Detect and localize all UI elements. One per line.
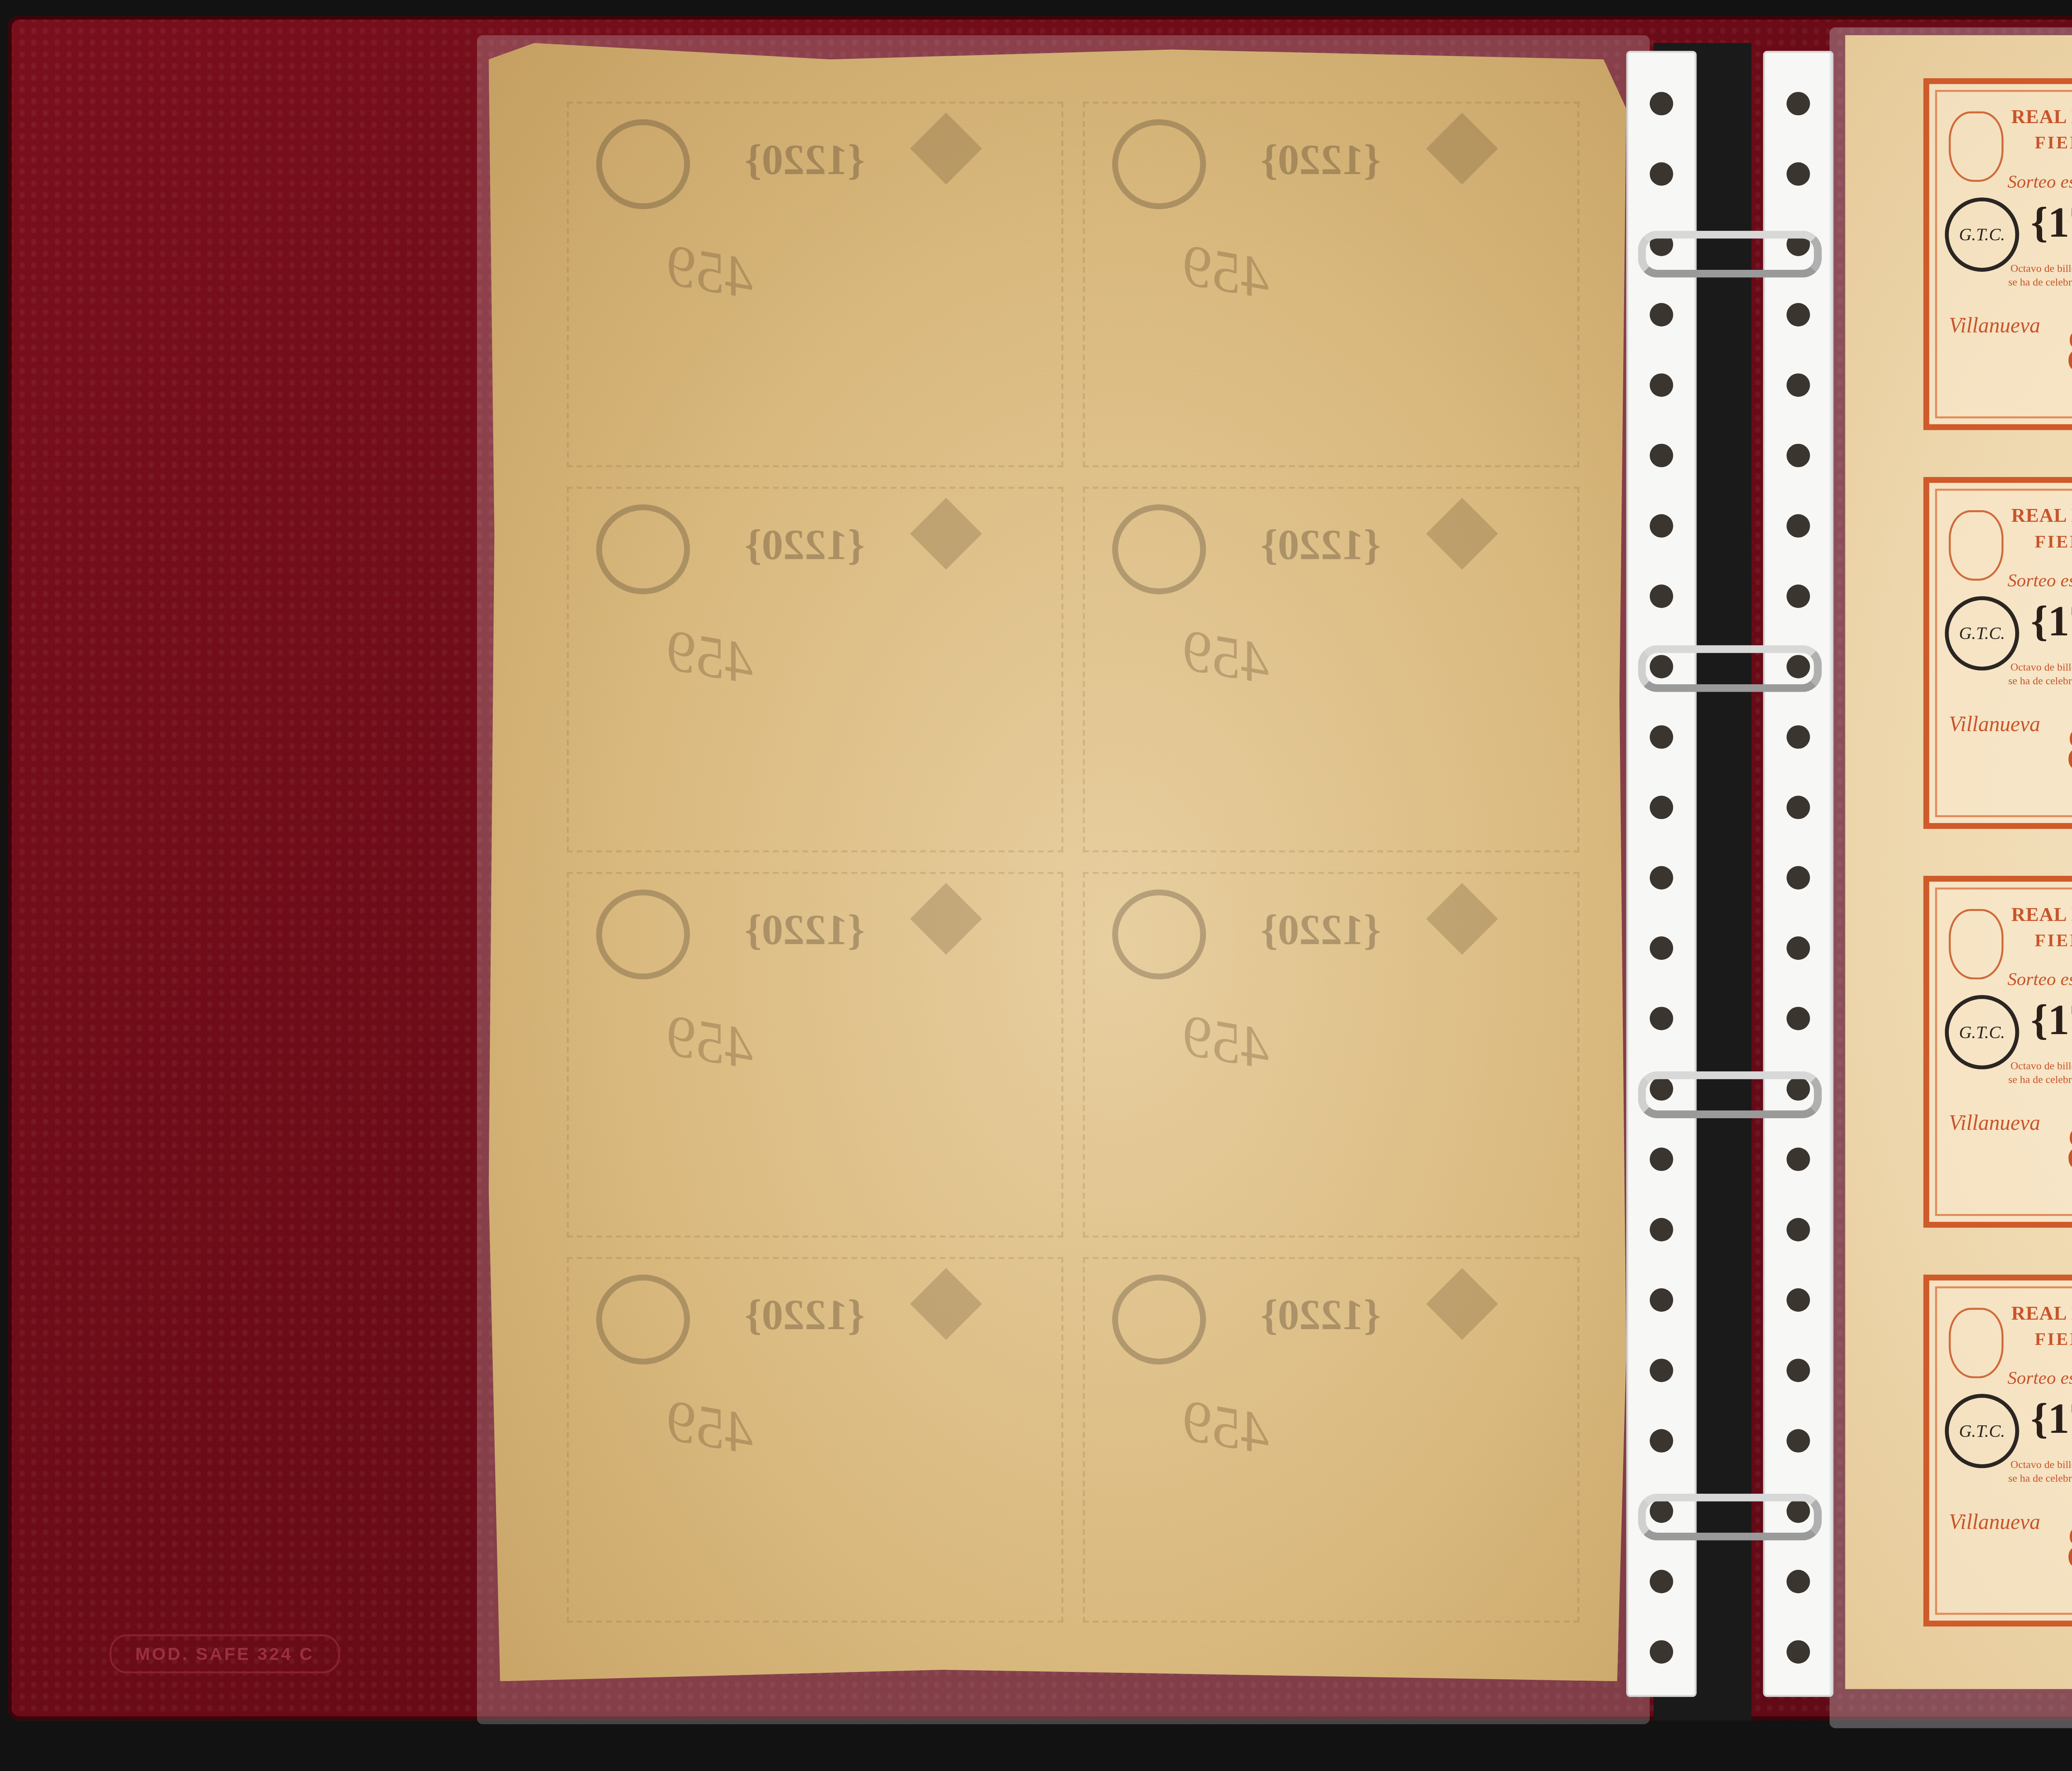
ghost-seal-icon [1112,119,1206,209]
punch-hole [1650,1640,1673,1664]
punch-hole [1786,796,1810,819]
punch-hole [1786,514,1810,538]
ticket-body-text: Octavo de billete para dicho sorteo estr… [2007,1061,2072,1102]
ghost-number: {1220} [1261,135,1380,186]
ghost-diamond-stamp-icon [910,113,982,184]
ghost-diamond-stamp-icon [1426,883,1498,955]
punch-hole [1786,725,1810,749]
ghost-ticket-grid: {1220} 459 {1220} 459 {1220} 459 {1220} … [567,102,1579,1623]
ghost-diamond-stamp-icon [910,883,982,955]
punch-hole [1650,584,1673,608]
ghost-seal-icon [596,1274,690,1364]
binder-ring-2[interactable] [1638,645,1822,692]
ghost-diamond-stamp-icon [910,1268,982,1340]
punch-hole [1650,444,1673,468]
ticket-subtitle: FIEL ISLA DE CUBA [2035,133,2072,153]
ghost-ticket: {1220} 459 [1083,1257,1579,1623]
royal-crest-icon [1949,111,2004,182]
ticket-subtitle: FIEL ISLA DE CUBA [2035,1329,2072,1349]
punch-hole [1650,303,1673,327]
signature: Villanueva [1949,714,2041,737]
ghost-seal-icon [1112,1274,1206,1364]
ticket-draw: Sorteo estraordinario núm. 44. [2007,174,2072,194]
punch-hole [1786,1640,1810,1664]
ticket-title: REAL LOTERIA DE LA SIEMPRE [2011,905,2072,927]
lottery-ticket: REAL LOTERIA DE LA SIEMPRE FIEL ISLA DE … [1923,876,2072,1228]
ghost-diamond-stamp-icon [1426,113,1498,184]
ticket-number: {17928} [2031,1394,2072,1445]
punch-hole [1786,303,1810,327]
ticket-number: {17928} [2031,995,2072,1046]
ghost-ticket: {1220} 459 [1083,872,1579,1238]
ghost-seal-icon [596,504,690,594]
ticket-draw: Sorteo estraordinario núm. 44. [2007,573,2072,592]
punch-hole [1650,1218,1673,1242]
royal-crest-icon [1949,909,2004,979]
seal-stamp-icon: G.T.C. [1945,995,2019,1069]
ticket-number: {17928} [2031,596,2072,647]
ticket-title: REAL LOTERIA DE LA SIEMPRE [2011,1304,2072,1325]
ticket-body-text: Octavo de billete para dicho sorteo estr… [2007,264,2072,305]
ghost-signature: 459 [1177,1389,1276,1470]
punch-hole [1786,584,1810,608]
ghost-signature: 459 [661,1003,760,1084]
lottery-ticket: REAL LOTERIA DE LA SIEMPRE FIEL ISLA DE … [1923,477,2072,829]
punch-hole [1650,1429,1673,1453]
seal-stamp-icon: G.T.C. [1945,197,2019,271]
ghost-diamond-stamp-icon [910,498,982,569]
ghost-number: {1220} [745,1290,864,1341]
ticket-number: {17928} [2031,197,2072,248]
ghost-signature: 459 [1177,618,1276,699]
ticket-subtitle: FIEL ISLA DE CUBA [2035,930,2072,950]
ghost-ticket: {1220} 459 [567,102,1063,467]
ghost-ticket: {1220} 459 [567,1257,1063,1623]
fraction-numeral: 8 [2066,1112,2072,1185]
ghost-ticket: {1220} 459 [1083,102,1579,467]
binder-ring-1[interactable] [1638,231,1822,278]
ghost-diamond-stamp-icon [1426,1268,1498,1340]
ghost-number: {1220} [1261,520,1380,571]
punch-hole [1650,1148,1673,1171]
ghost-number: {1220} [1261,1290,1380,1341]
ghost-signature: 459 [661,1389,760,1470]
ghost-seal-icon [1112,504,1206,594]
punch-hole [1786,1359,1810,1382]
punch-hole [1786,444,1810,468]
ticket-title: REAL LOTERIA DE LA SIEMPRE [2011,107,2072,129]
fraction-numeral: 8 [2066,714,2072,786]
punch-hole [1786,1288,1810,1312]
ticket-body-text: Octavo de billete para dicho sorteo estr… [2007,1460,2072,1501]
punch-hole [1786,373,1810,397]
seal-stamp-icon: G.T.C. [1945,596,2019,671]
left-page-reverse: {1220} 459 {1220} 459 {1220} 459 {1220} … [489,43,1626,1681]
ghost-ticket: {1220} 459 [567,487,1063,852]
lottery-ticket-sheet: REAL LOTERIA DE LA ISLA DE CUBA REAL LOT… [1845,35,2072,1689]
ghost-number: {1220} [1261,905,1380,956]
ghost-signature: 459 [661,618,760,699]
ghost-number: {1220} [745,135,864,186]
punch-hole [1786,866,1810,890]
punch-hole [1650,1288,1673,1312]
punch-hole [1786,1148,1810,1171]
ticket-draw: Sorteo estraordinario núm. 44. [2007,1370,2072,1390]
ticket-draw: Sorteo estraordinario núm. 44. [2007,972,2072,991]
ghost-number: {1220} [745,905,864,956]
punch-hole [1650,373,1673,397]
ticket-subtitle: FIEL ISLA DE CUBA [2035,532,2072,551]
signature: Villanueva [1949,1511,2041,1535]
signature: Villanueva [1949,315,2041,338]
punch-hole [1786,162,1810,186]
binder-ring-3[interactable] [1638,1071,1822,1118]
punch-hole [1786,1218,1810,1242]
punch-hole [1786,1007,1810,1030]
punch-hole [1650,514,1673,538]
lottery-ticket: REAL LOTERIA DE LA SIEMPRE FIEL ISLA DE … [1923,78,2072,430]
punch-hole [1650,162,1673,186]
ghost-seal-icon [1112,889,1206,979]
punch-hole [1650,796,1673,819]
signature: Villanueva [1949,1112,2041,1136]
ghost-signature: 459 [661,233,760,314]
punch-hole [1786,1429,1810,1453]
sleeve-strip-left [1626,51,1697,1697]
punch-hole [1650,92,1673,116]
punch-hole [1650,866,1673,890]
ghost-signature: 459 [1177,233,1276,314]
sleeve-strip-right [1763,51,1834,1697]
punch-hole [1786,92,1810,116]
punch-hole [1786,936,1810,960]
royal-crest-icon [1949,1308,2004,1379]
binder-ring-4[interactable] [1638,1494,1822,1541]
punch-hole [1650,1359,1673,1382]
photo-stage: MOD. SAFE 324 C {1220} 459 {1220} 459 {1… [0,0,2072,1771]
punch-hole [1650,936,1673,960]
ghost-seal-icon [596,119,690,209]
punch-hole [1786,1570,1810,1594]
ghost-ticket: {1220} 459 [567,872,1063,1238]
royal-crest-icon [1949,510,2004,581]
ticket-title: REAL LOTERIA DE LA SIEMPRE [2011,506,2072,528]
ticket-body-text: Octavo de billete para dicho sorteo estr… [2007,663,2072,704]
punch-hole [1650,725,1673,749]
punch-hole [1650,1007,1673,1030]
ghost-signature: 459 [1177,1003,1276,1084]
seal-stamp-icon: G.T.C. [1945,1394,2019,1468]
ghost-seal-icon [596,889,690,979]
punch-hole [1650,1570,1673,1594]
ghost-number: {1220} [745,520,864,571]
fraction-numeral: 8 [2066,315,2072,387]
fraction-numeral: 8 [2066,1511,2072,1584]
ghost-ticket: {1220} 459 [1083,487,1579,852]
binder-logo: MOD. SAFE 324 C [109,1634,340,1673]
lottery-ticket: REAL LOTERIA DE LA SIEMPRE FIEL ISLA DE … [1923,1274,2072,1626]
ghost-diamond-stamp-icon [1426,498,1498,569]
